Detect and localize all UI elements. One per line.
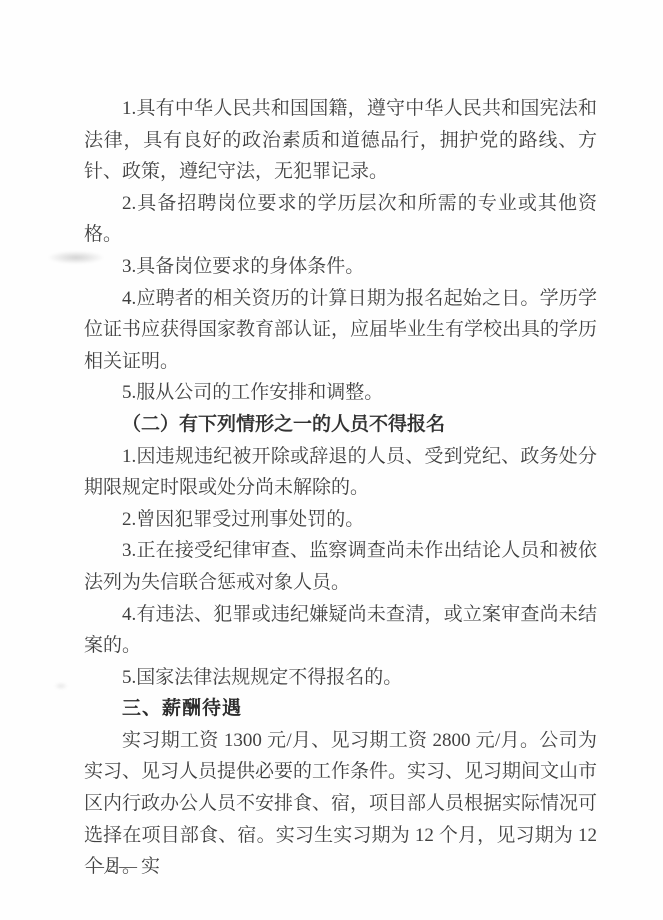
paragraph-clause-credential-date: 4.应聘者的相关资历的计算日期为报名起始之日。学历学位证书应获得国家教育部认证，…: [84, 283, 597, 378]
paragraph-salary-details: 实习期工资 1300 元/月、见习期工资 2800 元/月。公司为实习、见习人员…: [84, 725, 597, 883]
page-number: —2—: [86, 856, 140, 877]
paragraph-ineligible-4: 4.有违法、犯罪或违纪嫌疑尚未查清，或立案审查尚未结案的。: [84, 599, 597, 662]
section-heading-ineligible: （二）有下列情形之一的人员不得报名: [84, 409, 597, 441]
scan-smudge: [54, 682, 68, 690]
paragraph-ineligible-5: 5.国家法律法规规定不得报名的。: [84, 662, 597, 694]
scanned-document-page: 1.具有中华人民共和国国籍，遵守中华人民共和国宪法和法律，具有良好的政治素质和道…: [0, 0, 663, 920]
document-body: 1.具有中华人民共和国国籍，遵守中华人民共和国宪法和法律，具有良好的政治素质和道…: [84, 93, 597, 883]
paragraph-ineligible-1: 1.因违规违纪被开除或辞退的人员、受到党纪、政务处分期限规定时限或处分尚未解除的…: [84, 441, 597, 504]
paragraph-ineligible-2: 2.曾因犯罪受过刑事处罚的。: [84, 504, 597, 536]
paragraph-clause-citizenship: 1.具有中华人民共和国国籍，遵守中华人民共和国宪法和法律，具有良好的政治素质和道…: [84, 93, 597, 188]
paragraph-clause-health: 3.具备岗位要求的身体条件。: [84, 251, 597, 283]
paragraph-ineligible-3: 3.正在接受纪律审查、监察调查尚未作出结论人员和被依法列为失信联合惩戒对象人员。: [84, 535, 597, 598]
section-heading-salary: 三、薪酬待遇: [84, 693, 597, 725]
paragraph-clause-qualification: 2.具备招聘岗位要求的学历层次和所需的专业或其他资格。: [84, 188, 597, 251]
paragraph-clause-obedience: 5.服从公司的工作安排和调整。: [84, 377, 597, 409]
